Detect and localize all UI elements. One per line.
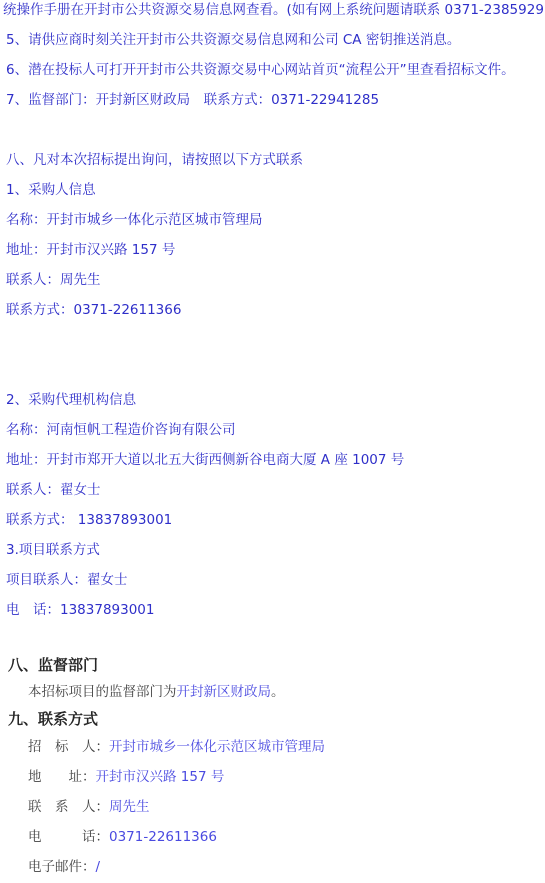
contact-row-person: 联 系 人：周先生 <box>0 799 545 829</box>
purchaser-contact-person: 联系人：周先生 <box>0 270 545 300</box>
contact-heading: 九、联系方式 <box>0 711 545 739</box>
supervision-heading: 八、监督部门 <box>0 657 545 685</box>
purchaser-name: 名称：开封市城乡一体化示范区城市管理局 <box>0 210 545 240</box>
contact-row-email: 电子邮件：/ <box>0 859 545 883</box>
row-value: 开封市城乡一体化示范区城市管理局 <box>109 739 325 755</box>
agency-title: 2、采购代理机构信息 <box>0 390 545 420</box>
contact-section: 九、联系方式 招 标 人：开封市城乡一体化示范区城市管理局 地 址：开封市汉兴路… <box>0 711 545 883</box>
supervision-body: 本招标项目的监督部门为开封新区财政局。 <box>0 685 545 711</box>
supervision-body-prefix: 本招标项目的监督部门为 <box>28 684 177 700</box>
row-label: 招 标 人： <box>28 739 109 755</box>
inquiry-section: 八、凡对本次招标提出询问，请按照以下方式联系 1、采购人信息 名称：开封市城乡一… <box>0 150 545 630</box>
row-label: 地 址： <box>28 769 96 785</box>
purchaser-address: 地址：开封市汉兴路 157 号 <box>0 240 545 270</box>
row-label: 联 系 人： <box>28 799 109 815</box>
row-value: 开封市汉兴路 157 号 <box>96 769 225 785</box>
agency-name: 名称：河南恒帆工程造价咨询有限公司 <box>0 420 545 450</box>
contact-row-address: 地 址：开封市汉兴路 157 号 <box>0 769 545 799</box>
row-label: 电 话： <box>28 829 109 845</box>
row-value: 0371-22611366 <box>109 829 217 845</box>
inquiry-heading: 八、凡对本次招标提出询问，请按照以下方式联系 <box>0 150 545 180</box>
row-value: 周先生 <box>109 799 150 815</box>
spacer <box>0 330 545 390</box>
note-line-6: 6、潜在投标人可打开开封市公共资源交易中心网站首页“流程公开”里查看招标文件。 <box>0 60 545 90</box>
supervision-section: 八、监督部门 本招标项目的监督部门为开封新区财政局。 <box>0 657 545 711</box>
project-contact-person: 项目联系人：翟女士 <box>0 570 545 600</box>
agency-contact-phone: 联系方式： 13837893001 <box>0 510 545 540</box>
top-notes-block: 统操作手册在开封市公共资源交易信息网查看。(如有网上系统问题请联系 0371-2… <box>0 0 545 120</box>
note-line-5: 5、请供应商时刻关注开封市公共资源交易信息网和公司 CA 密钥推送消息。 <box>0 30 545 60</box>
tender-document-page: 统操作手册在开封市公共资源交易信息网查看。(如有网上系统问题请联系 0371-2… <box>0 0 545 883</box>
row-label: 电子邮件： <box>28 859 96 875</box>
row-value: / <box>96 859 101 875</box>
contact-row-phone: 电 话：0371-22611366 <box>0 829 545 859</box>
note-line-7-supervision: 7、监督部门：开封新区财政局 联系方式：0371-22941285 <box>0 90 545 120</box>
agency-contact-person: 联系人：翟女士 <box>0 480 545 510</box>
spacer <box>0 120 545 150</box>
note-line-continuation: 统操作手册在开封市公共资源交易信息网查看。(如有网上系统问题请联系 0371-2… <box>0 0 545 30</box>
purchaser-contact-phone: 联系方式：0371-22611366 <box>0 300 545 330</box>
supervision-department-name: 开封新区财政局 <box>177 684 272 700</box>
supervision-body-suffix: 。 <box>271 684 285 700</box>
agency-address: 地址：开封市郑开大道以北五大街西侧新谷电商大厦 A 座 1007 号 <box>0 450 545 480</box>
contact-row-tenderer: 招 标 人：开封市城乡一体化示范区城市管理局 <box>0 739 545 769</box>
purchaser-title: 1、采购人信息 <box>0 180 545 210</box>
project-contact-phone: 电 话：13837893001 <box>0 600 545 630</box>
project-contact-title: 3.项目联系方式 <box>0 540 545 570</box>
